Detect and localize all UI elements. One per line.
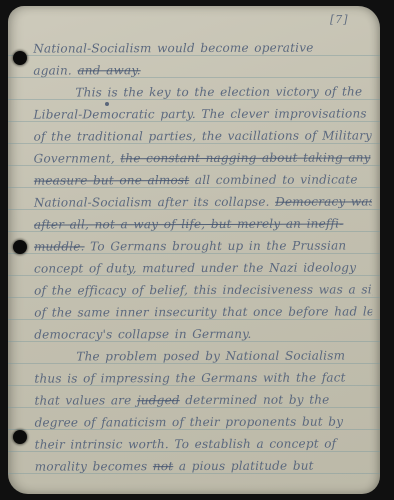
handwritten-line: National-Socialism would become operativ… bbox=[33, 36, 371, 59]
handwritten-line: of the traditional parties, the vacillat… bbox=[34, 124, 372, 147]
text-segment: The problem posed by National Socialism bbox=[76, 349, 345, 364]
text-segment: all combined to vindicate bbox=[189, 172, 357, 187]
text-segment: To Germans brought up in the Prussian bbox=[85, 238, 347, 253]
notebook-page: [7] National-Socialism would become oper… bbox=[8, 6, 380, 494]
handwritten-line: that values are judged determined not by… bbox=[34, 388, 372, 411]
text-segment: of the efficacy of belief, this indecisi… bbox=[34, 282, 372, 297]
handwritten-line: Government, the constant nagging about t… bbox=[34, 146, 372, 169]
struck-text-segment: and away. bbox=[77, 63, 140, 77]
text-segment: democracy's collapse in Germany. bbox=[34, 327, 251, 342]
handwritten-line: morality becomes not a pious platitude b… bbox=[35, 454, 373, 477]
handwritten-line: measure but one almost all combined to v… bbox=[34, 168, 372, 191]
handwritten-line: their intrinsic worth. To establish a co… bbox=[35, 432, 373, 455]
struck-text-segment: judged bbox=[137, 393, 180, 407]
handwritten-line: This is the key to the election victory … bbox=[33, 80, 371, 103]
text-segment: morality becomes bbox=[35, 459, 153, 473]
struck-text-segment: measure but one almost bbox=[34, 173, 190, 188]
handwritten-line: after all, not a way of life, but merely… bbox=[34, 212, 372, 235]
struck-text-segment: after all, not a way of life, but merely… bbox=[34, 217, 344, 232]
struck-text-segment: muddle. bbox=[34, 239, 85, 253]
punch-hole bbox=[13, 51, 27, 65]
text-segment: Liberal-Democratic party. The clever imp… bbox=[33, 106, 366, 121]
text-segment: of the traditional parties, the vacillat… bbox=[34, 128, 372, 143]
text-segment: National-Socialism would become operativ… bbox=[33, 41, 313, 56]
handwriting-block: National-Socialism would become operativ… bbox=[33, 36, 373, 477]
text-segment: degree of fanaticism of their proponents… bbox=[35, 415, 344, 430]
text-segment: determined not by the bbox=[180, 393, 330, 408]
handwritten-line: concept of duty, matured under the Nazi … bbox=[34, 256, 372, 279]
handwritten-line: National-Socialism after its collapse. D… bbox=[34, 190, 372, 213]
text-segment: Government, bbox=[34, 151, 121, 165]
text-segment: their intrinsic worth. To establish a co… bbox=[35, 437, 337, 452]
struck-text-segment: Democracy was bbox=[275, 194, 372, 208]
text-segment: again. bbox=[33, 63, 77, 77]
text-segment: that values are bbox=[34, 393, 136, 407]
handwritten-line: of the efficacy of belief, this indecisi… bbox=[34, 278, 372, 301]
punch-hole bbox=[13, 430, 27, 444]
handwritten-line: democracy's collapse in Germany. bbox=[34, 322, 372, 345]
struck-text-segment: not bbox=[153, 459, 173, 473]
scan-background: [7] National-Socialism would become oper… bbox=[0, 0, 394, 500]
handwritten-line: of the same inner insecurity that once b… bbox=[34, 300, 372, 323]
text-segment: a pious platitude but bbox=[173, 459, 313, 473]
handwritten-line: The problem posed by National Socialism bbox=[34, 344, 372, 367]
punch-hole bbox=[13, 240, 27, 254]
handwritten-line: again. and away. bbox=[33, 58, 371, 81]
handwritten-line: thus is of impressing the Germans with t… bbox=[34, 366, 372, 389]
handwritten-line: degree of fanaticism of their proponents… bbox=[35, 410, 373, 433]
handwritten-line: muddle. To Germans brought up in the Pru… bbox=[34, 234, 372, 257]
page-number: [7] bbox=[330, 13, 349, 26]
text-segment: of the same inner insecurity that once b… bbox=[34, 304, 372, 319]
text-segment: concept of duty, matured under the Nazi … bbox=[34, 260, 356, 275]
text-segment: thus is of impressing the Germans with t… bbox=[34, 371, 345, 386]
text-segment: This is the key to the election victory … bbox=[75, 84, 362, 99]
handwritten-line: Liberal-Democratic party. The clever imp… bbox=[33, 102, 371, 125]
struck-text-segment: the constant nagging about taking any bbox=[120, 150, 370, 165]
text-segment: National-Socialism after its collapse. bbox=[34, 195, 275, 210]
